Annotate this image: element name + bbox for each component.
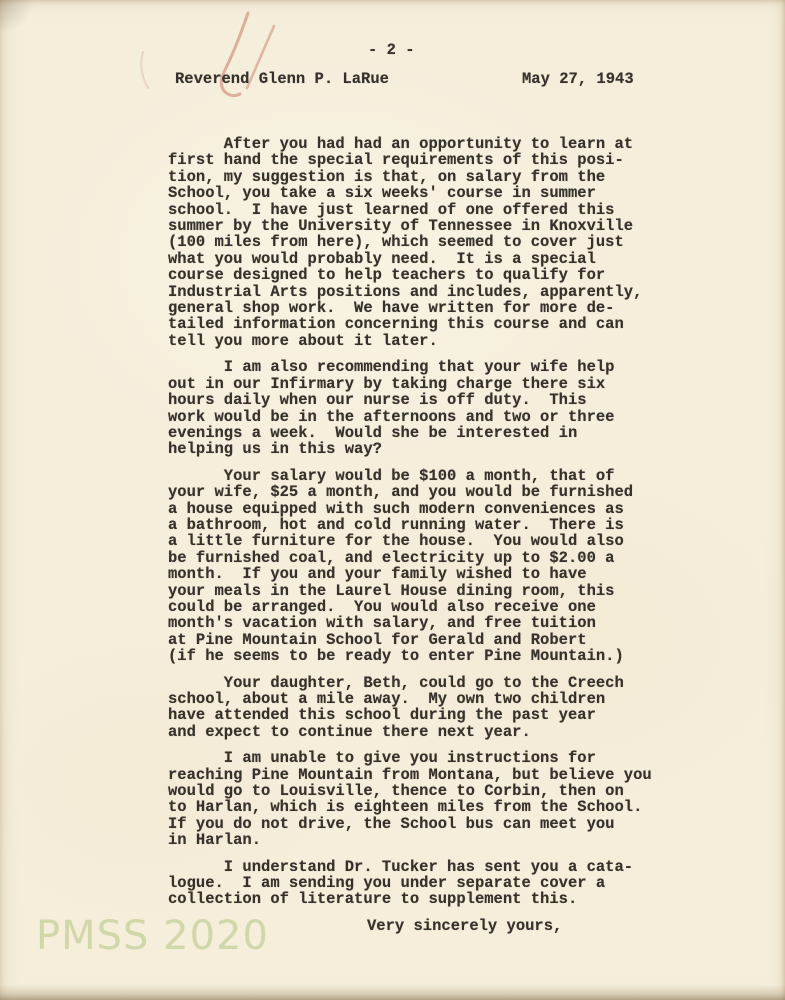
letter-date: May 27, 1943: [522, 71, 634, 87]
scan-bottom-edge: [0, 985, 785, 1000]
letter-body: After you had had an opportunity to lear…: [168, 136, 668, 934]
page-number: - 2 -: [368, 42, 415, 58]
closing-line: Very sincerely yours,: [367, 918, 668, 934]
red-pencil-mark: [0, 0, 785, 150]
recipient-name: Reverend Glenn P. LaRue: [175, 71, 389, 87]
scanned-letter-page: - 2 - Reverend Glenn P. LaRue May 27, 19…: [0, 0, 785, 1000]
paragraph-salary-house: Your salary would be $100 a month, that …: [168, 468, 668, 665]
paragraph-daughter-school: Your daughter, Beth, could go to the Cre…: [168, 675, 668, 741]
paragraph-wife-infirmary: I am also recommending that your wife he…: [168, 359, 668, 457]
paragraph-course-suggestion: After you had had an opportunity to lear…: [168, 136, 668, 349]
paragraph-travel-directions: I am unable to give you instructions for…: [168, 750, 668, 848]
paragraph-catalogue: I understand Dr. Tucker has sent you a c…: [168, 859, 668, 908]
pmss-watermark: PMSS 2020: [36, 914, 269, 958]
